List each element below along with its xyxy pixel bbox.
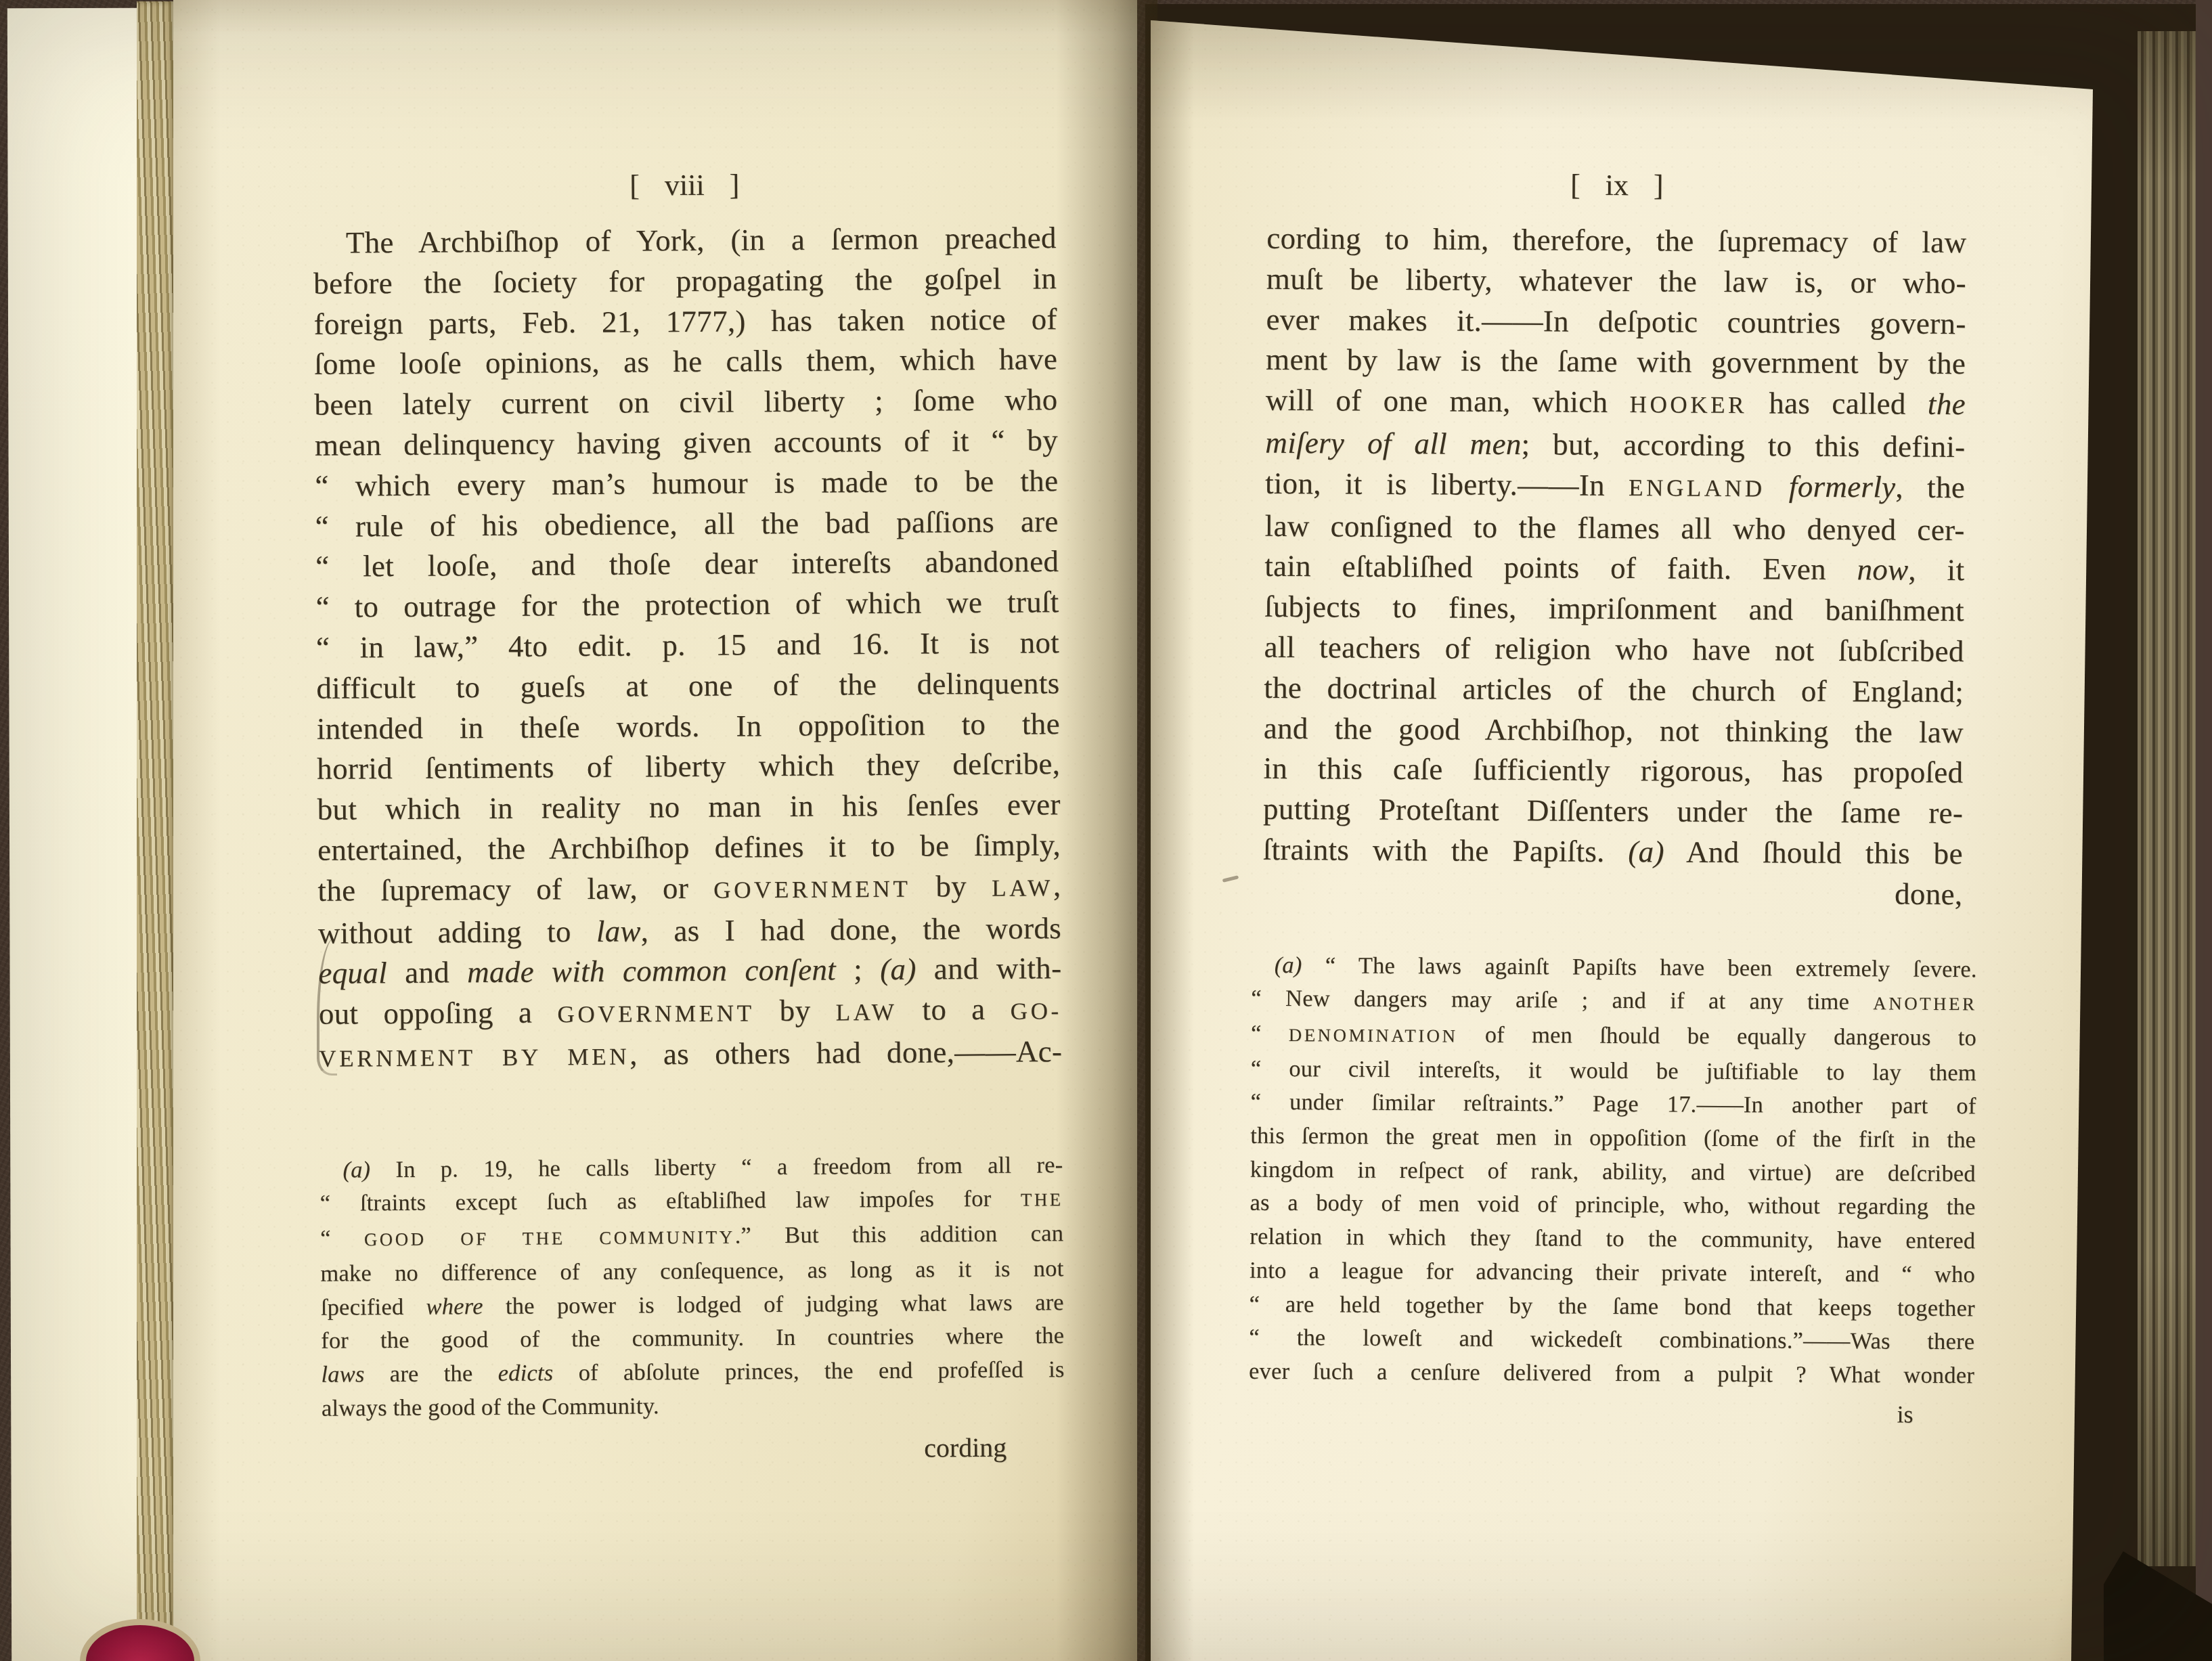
text-segment: “ rule of his obedience, all the bad paſ… xyxy=(315,504,1059,544)
text-line: this ſermon the great men in oppoſition … xyxy=(1250,1120,1976,1157)
text-segment: VERNMENT BY MEN xyxy=(319,1044,629,1072)
left-flyleaf-page xyxy=(7,8,141,1661)
right-page-footnote: (a) “ The laws againſt Papiſts have been… xyxy=(1249,948,1977,1393)
text-segment: putting Proteſtant Diſſenters under the … xyxy=(1263,792,1963,830)
text-segment: “ let looſe, and thoſe dear intereſts ab… xyxy=(315,545,1059,584)
text-line: equal and made with common conſent ; (a)… xyxy=(318,948,1061,994)
text-segment: ſome looſe opinions, as he calls them, w… xyxy=(314,342,1057,382)
text-segment: LAW xyxy=(992,874,1053,902)
text-line: been lately current on civil liberty ; ſ… xyxy=(314,380,1057,425)
text-line: out oppoſing a GOVERNMENT by LAW to a GO… xyxy=(319,989,1062,1036)
text-segment: LAW xyxy=(835,999,897,1026)
text-segment: “ our civil intereſts, it would be juſti… xyxy=(1251,1055,1976,1086)
text-line: ever makes it.——In deſpotic countries go… xyxy=(1266,299,1966,344)
text-segment: been lately current on civil liberty ; ſ… xyxy=(314,382,1057,422)
text-line: “ rule of his obedience, all the bad paſ… xyxy=(315,502,1059,547)
text-line: “ let looſe, and thoſe dear intereſts ab… xyxy=(315,542,1059,588)
text-segment: And ſhould this be xyxy=(1664,835,1963,870)
text-segment: ; but, according to this defini- xyxy=(1521,427,1965,464)
text-segment: ſtraints with the Papiſts. xyxy=(1263,833,1629,868)
text-segment: cording to him, therefore, the ſupremacy… xyxy=(1266,221,1966,259)
text-line: (a) In p. 19, he calls liberty “ a freed… xyxy=(319,1149,1063,1187)
text-line: foreign parts, Feb. 21, 1777,) has taken… xyxy=(313,299,1057,345)
text-line: all teachers of religion who have not ſu… xyxy=(1264,627,1964,672)
text-line: make no difference of any conſequence, a… xyxy=(320,1252,1063,1291)
text-line: difficult to gueſs at one of the delinqu… xyxy=(316,663,1059,709)
text-segment: and xyxy=(387,956,468,990)
text-line: ever ſuch a cenſure delivered from a pul… xyxy=(1249,1355,1974,1393)
text-line: ment by law is the ſame with government … xyxy=(1266,340,1966,384)
text-segment: the ſupremacy of law, or xyxy=(317,870,713,907)
text-line: “ ſtraints except ſuch as eſtabliſhed la… xyxy=(320,1182,1063,1222)
text-line: “ GOOD OF THE COMMUNITY.” But this addit… xyxy=(320,1217,1063,1257)
text-segment: ſubjects to fines, impriſonment and bani… xyxy=(1264,590,1964,627)
text-line: entertained, the Archbiſhop defines it t… xyxy=(317,825,1061,870)
text-segment: make no difference of any conſequence, a… xyxy=(320,1256,1063,1287)
text-segment: in this caſe ſufficiently rigorous, has … xyxy=(1263,751,1963,789)
text-line: the ſupremacy of law, or GOVERNMENT by L… xyxy=(317,866,1061,913)
text-line: relation in which they ſtand to the comm… xyxy=(1249,1220,1975,1258)
text-line: The Archbiſhop of York, (in a ſermon pre… xyxy=(313,218,1057,263)
text-line: for the good of the community. In countr… xyxy=(321,1319,1064,1358)
text-segment: ENGLAND xyxy=(1629,474,1765,502)
text-line: but which in reality no man in his ſenſe… xyxy=(317,784,1060,830)
text-segment: GO- xyxy=(1011,998,1062,1025)
text-segment: done, xyxy=(1895,877,1963,911)
text-segment: , the xyxy=(1895,470,1965,504)
text-segment: now xyxy=(1857,553,1908,587)
text-line: “ under ſimilar reſtraints.” Page 17.——I… xyxy=(1250,1086,1976,1124)
text-segment: out oppoſing a xyxy=(319,995,558,1030)
text-segment: , xyxy=(1053,868,1061,902)
left-page-footnote: (a) In p. 19, he calls liberty “ a freed… xyxy=(319,1149,1065,1425)
text-segment: (a) xyxy=(342,1157,370,1182)
text-line: horrid ſentiments of liberty which they … xyxy=(317,745,1060,790)
text-segment: without adding to xyxy=(318,914,596,950)
text-segment: , as others had done,——Ac- xyxy=(629,1034,1062,1071)
text-line: always the good of the Community. xyxy=(322,1387,1065,1425)
text-segment: equal xyxy=(318,956,387,990)
text-segment: DENOMINATION xyxy=(1289,1025,1458,1046)
text-segment: entertained, the Archbiſhop defines it t… xyxy=(317,828,1061,867)
text-segment: difficult to gueſs at one of the delinqu… xyxy=(316,666,1059,705)
text-line: ſubjects to fines, impriſonment and bani… xyxy=(1264,587,1964,632)
text-segment: to a xyxy=(897,992,1011,1027)
text-segment: “ ſtraints except ſuch as eſtabliſhed la… xyxy=(320,1186,1021,1216)
text-segment: “ xyxy=(320,1225,364,1251)
text-segment: for the good of the community. In countr… xyxy=(321,1323,1064,1354)
text-segment: “ which every man’s humour is made to be… xyxy=(315,464,1058,503)
text-segment: kingdom in reſpect of rank, ability, and… xyxy=(1250,1156,1976,1187)
text-segment: by xyxy=(910,869,992,904)
text-line: law conſigned to the flames all who deny… xyxy=(1265,506,1965,550)
text-line: kingdom in reſpect of rank, ability, and… xyxy=(1250,1153,1976,1191)
text-segment: law conſigned to the flames all who deny… xyxy=(1265,508,1965,546)
text-segment: intended in theſe words. In oppoſition t… xyxy=(317,707,1060,746)
text-segment: the doctrinal articles of the church of … xyxy=(1264,671,1964,709)
text-segment: ever makes it.——In deſpotic countries go… xyxy=(1266,302,1966,340)
text-line: done, xyxy=(1262,870,1962,915)
text-line: ſtraints with the Papiſts. (a) And ſhoul… xyxy=(1263,830,1963,874)
text-segment: ; xyxy=(836,952,881,986)
text-segment: “ xyxy=(1251,1021,1289,1046)
text-line: into a league for advancing their privat… xyxy=(1249,1254,1975,1292)
text-line: tain eſtabliſhed points of faith. Even n… xyxy=(1264,546,1964,591)
text-line: muſt be liberty, whatever the law is, or… xyxy=(1266,259,1966,304)
text-segment: (a) xyxy=(1628,835,1664,868)
text-segment: and with- xyxy=(916,951,1061,985)
text-line: “ in law,” 4to edit. p. 15 and 16. It is… xyxy=(316,623,1059,668)
text-segment: horrid ſentiments of liberty which they … xyxy=(317,747,1060,787)
text-line: “ our civil intereſts, it would be juſti… xyxy=(1251,1052,1976,1090)
text-segment: “ to outrage for the protection of which… xyxy=(315,585,1059,624)
text-line: “ DENOMINATION of men ſhould be equally … xyxy=(1251,1017,1976,1057)
text-line: in this caſe ſufficiently rigorous, has … xyxy=(1263,749,1963,793)
text-segment: “ in law,” 4to edit. p. 15 and 16. It is… xyxy=(316,625,1059,665)
text-segment: miſery of all men xyxy=(1265,426,1521,461)
text-segment: ment by law is the ſame with government … xyxy=(1266,342,1966,380)
right-page-number: [ ix ] xyxy=(1267,163,1967,208)
text-segment: of men ſhould be equally dangerous to xyxy=(1457,1022,1976,1051)
text-segment: , as I had done, the words xyxy=(641,911,1062,948)
text-segment: ever ſuch a cenſure delivered from a pul… xyxy=(1249,1358,1974,1389)
text-segment: will of one man, which xyxy=(1266,383,1630,419)
text-segment: relation in which they ſtand to the comm… xyxy=(1249,1224,1975,1254)
text-segment: GOVERNMENT xyxy=(713,875,910,903)
text-segment: (a) xyxy=(1275,952,1302,977)
text-segment: mean delinquency having given accounts o… xyxy=(315,423,1058,462)
text-segment: always the good of the Community. xyxy=(322,1393,659,1421)
text-line: the doctrinal articles of the church of … xyxy=(1264,668,1964,713)
text-segment: as a body of men void of principle, who,… xyxy=(1249,1190,1975,1220)
book-scan: [ viii ] The Archbiſhop of York, (in a ſ… xyxy=(0,0,2212,1661)
text-segment: and the good Archbiſhop, not thinking th… xyxy=(1264,711,1964,749)
text-segment: HOOKER xyxy=(1629,391,1747,418)
text-segment: “ are held together by the ſame bond tha… xyxy=(1249,1291,1975,1321)
right-cover-edge xyxy=(2196,0,2212,1661)
text-segment: “ The laws againſt Papiſts have been ext… xyxy=(1302,952,1976,982)
text-line: (a) “ The laws againſt Papiſts have been… xyxy=(1252,948,1977,986)
text-segment: .” But this addition can xyxy=(734,1220,1063,1248)
text-line: “ the loweſt and wickedeſt combinations.… xyxy=(1249,1321,1974,1359)
text-line: tion, it is liberty.——In ENGLAND formerl… xyxy=(1265,464,1965,510)
text-segment: this ſermon the great men in oppoſition … xyxy=(1250,1123,1976,1153)
text-line: laws are the edicts of abſolute princes,… xyxy=(321,1353,1064,1392)
text-segment: by xyxy=(754,994,835,1028)
right-page-main-text: cording to him, therefore, the ſupremacy… xyxy=(1262,219,1966,915)
text-segment: are the xyxy=(364,1360,497,1387)
text-line: intended in theſe words. In oppoſition t… xyxy=(317,704,1060,749)
text-line: putting Proteſtant Diſſenters under the … xyxy=(1263,789,1963,834)
right-page-catchword: is xyxy=(1260,1392,1960,1432)
text-line: before the ſociety for propagating the g… xyxy=(313,259,1057,304)
left-page-text: [ viii ] The Archbiſhop of York, (in a ſ… xyxy=(313,158,1065,1470)
text-segment: THE xyxy=(1021,1190,1063,1210)
text-segment: of abſolute princes, the end profeſſed i… xyxy=(553,1356,1064,1386)
text-segment: tain eſtabliſhed points of faith. Even xyxy=(1264,549,1857,586)
text-segment: has called xyxy=(1747,386,1928,421)
right-page-text: [ ix ] cording to him, therefore, the ſu… xyxy=(1260,159,1967,1432)
text-segment: law xyxy=(596,914,641,948)
text-line: and the good Archbiſhop, not thinking th… xyxy=(1264,708,1964,753)
text-segment: the power is lodged of judging what laws… xyxy=(483,1289,1063,1319)
text-segment: foreign parts, Feb. 21, 1777,) has taken… xyxy=(313,302,1057,341)
text-line: ſpecified where the power is lodged of j… xyxy=(321,1286,1064,1325)
left-page-number: [ viii ] xyxy=(313,162,1056,208)
text-segment: the xyxy=(1928,387,1966,421)
text-line: “ to outrage for the protection of which… xyxy=(315,582,1059,627)
text-segment: ANOTHER xyxy=(1873,994,1976,1015)
text-line: cording to him, therefore, the ſupremacy… xyxy=(1266,219,1966,263)
text-line: miſery of all men; but, according to thi… xyxy=(1265,423,1965,468)
text-line: “ New dangers may ariſe ; and if at any … xyxy=(1251,982,1976,1021)
text-segment: but which in reality no man in his ſenſe… xyxy=(317,787,1061,826)
text-segment: ſpecified xyxy=(321,1293,426,1320)
text-segment: (a) xyxy=(880,952,916,986)
text-segment: The Archbiſhop of York, (in a ſermon pre… xyxy=(346,221,1057,259)
text-segment: tion, it is liberty.——In xyxy=(1265,466,1629,502)
text-segment: “ under ſimilar reſtraints.” Page 17.——I… xyxy=(1250,1089,1976,1120)
text-segment: GOVERNMENT xyxy=(557,1000,754,1027)
text-segment: before the ſociety for propagating the g… xyxy=(313,261,1057,301)
text-line: without adding to law, as I had done, th… xyxy=(318,908,1061,954)
text-segment: laws xyxy=(321,1361,364,1387)
text-line: mean delinquency having given accounts o… xyxy=(315,420,1058,466)
text-segment: where xyxy=(426,1293,483,1320)
right-fore-edge-pages xyxy=(2138,31,2200,1566)
left-page-edges xyxy=(137,1,177,1661)
text-segment: edicts xyxy=(498,1360,554,1386)
text-line: “ are held together by the ſame bond tha… xyxy=(1249,1287,1975,1325)
text-segment: , it xyxy=(1908,553,1964,588)
text-segment xyxy=(1765,469,1789,503)
text-line: VERNMENT BY MEN, as others had done,——Ac… xyxy=(319,1032,1062,1079)
text-segment: formerly xyxy=(1789,469,1896,504)
text-line: will of one man, which HOOKER has called… xyxy=(1266,380,1966,427)
text-segment: made with common conſent xyxy=(467,953,836,990)
text-segment: “ the loweſt and wickedeſt combinations.… xyxy=(1249,1325,1974,1355)
text-segment: “ New dangers may ariſe ; and if at any … xyxy=(1251,985,1873,1015)
text-segment: muſt be liberty, whatever the law is, or… xyxy=(1266,262,1966,300)
text-segment: GOOD OF THE COMMUNITY xyxy=(364,1227,735,1250)
text-segment: into a league for advancing their privat… xyxy=(1249,1258,1975,1288)
text-line: as a body of men void of principle, who,… xyxy=(1249,1187,1975,1224)
text-segment: all teachers of religion who have not ſu… xyxy=(1264,630,1964,668)
text-line: ſome looſe opinions, as he calls them, w… xyxy=(314,340,1057,385)
text-segment: In p. 19, he calls liberty “ a freedom f… xyxy=(370,1152,1063,1182)
gutter-shadow xyxy=(1056,0,1157,1661)
left-page-main-text: The Archbiſhop of York, (in a ſermon pre… xyxy=(313,218,1063,1079)
left-page-catchword: cording xyxy=(322,1430,1065,1470)
text-line: “ which every man’s humour is made to be… xyxy=(315,461,1058,506)
